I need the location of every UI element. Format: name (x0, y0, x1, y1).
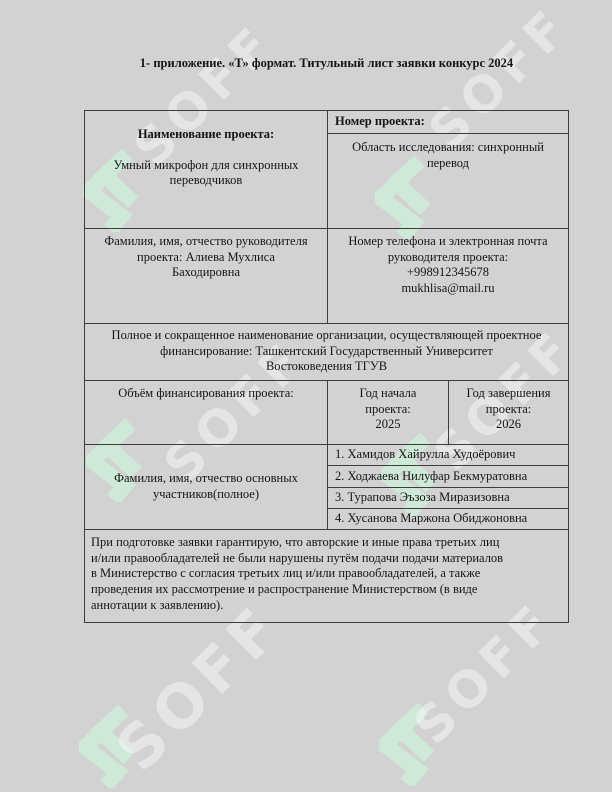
start-year-label: Год начала проекта: (328, 386, 448, 417)
project-number-label: Номер проекта: (328, 111, 568, 134)
contact-header: Номер телефона и электронная почта руков… (328, 234, 568, 265)
document-page: SOFF SOFF SOFF SOFF SOFF SOFF 1- приложе… (0, 0, 612, 792)
participant-row: 4. Хусанова Маржона Обиджоновна (328, 509, 568, 529)
table-row: Полное и сокращенное наименование органи… (85, 324, 568, 381)
cell-participants-label: Фамилия, имя, отчество основных участник… (85, 445, 328, 529)
cell-participants-list: 1. Хамидов Хайрулла Худоёрович 2. Ходжае… (328, 445, 568, 529)
document-content: 1- приложение. «Т» формат. Титульный лис… (0, 0, 612, 792)
table-row: При подготовке заявки гарантирую, что ав… (85, 530, 568, 622)
project-name-value: Умный микрофон для синхронных переводчик… (85, 158, 327, 189)
project-name-label: Наименование проекта: (85, 127, 327, 143)
table-row: Наименование проекта: Умный микрофон для… (85, 111, 568, 229)
research-area-value: Область исследования: синхронный перевод (328, 134, 568, 228)
participants-label: Фамилия, имя, отчество основных участник… (114, 471, 298, 502)
start-year-value: 2025 (328, 417, 448, 433)
cell-guarantee-text: При подготовке заявки гарантирую, что ав… (85, 530, 568, 622)
application-table: Наименование проекта: Умный микрофон для… (84, 110, 569, 623)
cell-project-name: Наименование проекта: Умный микрофон для… (85, 111, 328, 228)
cell-end-year: Год завершения проекта: 2026 (449, 381, 568, 444)
cell-start-year: Год начала проекта: 2025 (328, 381, 449, 444)
cell-funding: Объём финансирования проекта: (85, 381, 328, 444)
email-address: mukhlisa@mail.ru (328, 281, 568, 297)
page-title: 1- приложение. «Т» формат. Титульный лис… (84, 56, 569, 71)
end-year-value: 2026 (449, 417, 568, 433)
cell-project-leader: Фамилия, имя, отчество руководителя прое… (85, 229, 328, 323)
participant-row: 2. Ходжаева Нилуфар Бекмуратовна (328, 466, 568, 487)
cell-leader-contacts: Номер телефона и электронная почта руков… (328, 229, 568, 323)
cell-project-number: Номер проекта: Область исследования: син… (328, 111, 568, 228)
table-row: Объём финансирования проекта: Год начала… (85, 381, 568, 445)
end-year-label: Год завершения проекта: (449, 386, 568, 417)
participant-row: 1. Хамидов Хайрулла Худоёрович (328, 445, 568, 466)
table-row: Фамилия, имя, отчество руководителя прое… (85, 229, 568, 324)
participant-row: 3. Турапова Эъзоза Миразизовна (328, 488, 568, 509)
phone-number: +998912345678 (328, 265, 568, 281)
cell-organization: Полное и сокращенное наименование органи… (85, 324, 568, 380)
table-row: Фамилия, имя, отчество основных участник… (85, 445, 568, 530)
